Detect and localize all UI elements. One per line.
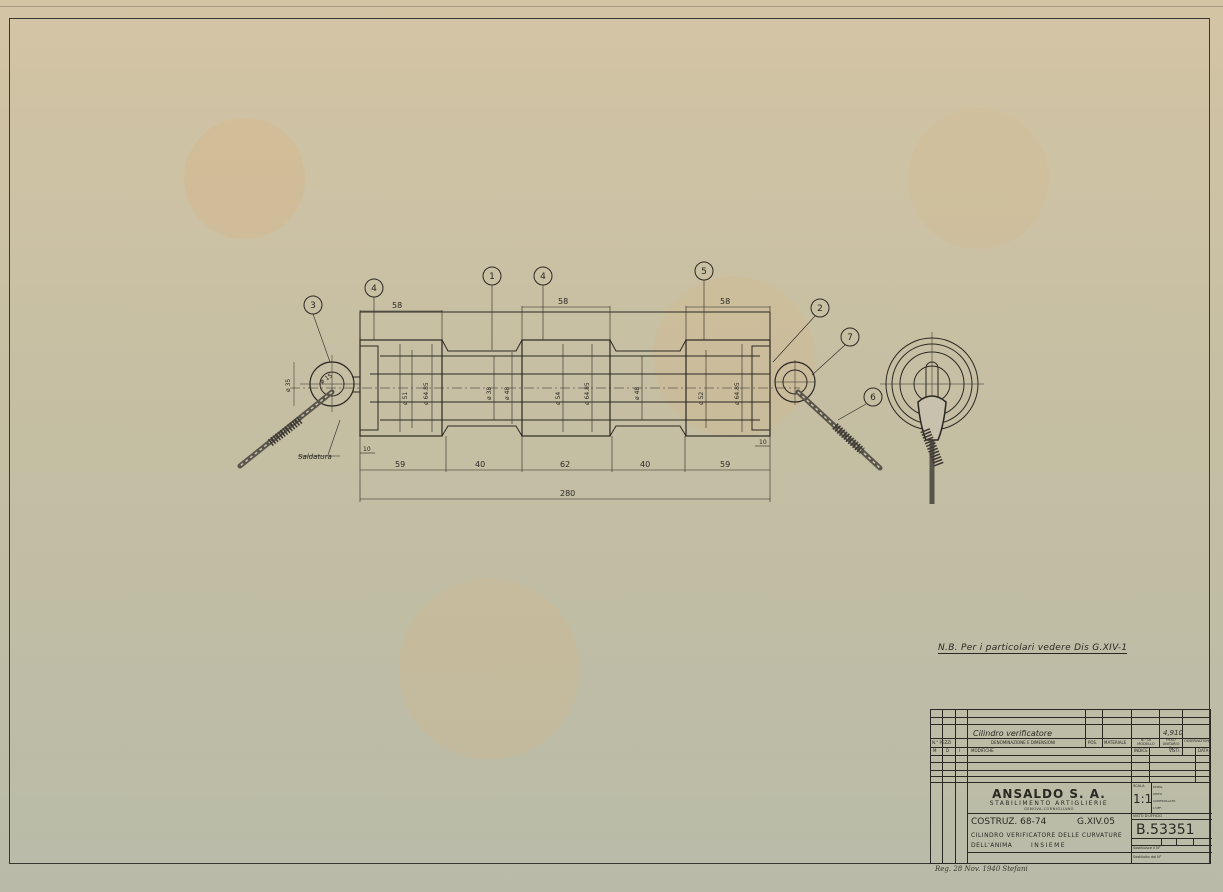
registration-signature: Reg. 28 Nov. 1940 Stefani [935,865,1028,873]
project-number: COSTRUZ. 68-74 [971,817,1046,827]
dim-top-right: 58 [720,297,730,306]
dim-bottom-62: 62 [560,460,570,469]
dim-end-right: 10 [759,439,767,446]
top-dimensions [360,306,770,340]
right-eye-ring [775,360,815,405]
mod-col-d: D [946,748,949,753]
left-eye-ring [294,355,360,412]
dim-eye-diameter: ø 35 [285,379,292,392]
balloon-6: 6 [870,393,876,403]
approval-checked: CONTROLLATO [1153,799,1175,803]
dim-bottom-40-right: 40 [640,460,650,469]
balloon-1: 1 [489,272,495,282]
header-material: MATERIALE [1104,740,1126,745]
index-label: INDICE [1134,748,1148,753]
dim-top-center: 58 [558,297,568,306]
balloon-4a: 4 [371,284,377,294]
mod-col-m: M [933,748,936,753]
dim-diameter: ø 64.85 [584,382,591,405]
balloon-2: 2 [817,304,823,314]
company-name: ANSALDO S. A. [967,787,1131,801]
weld-label: Saldatura [298,453,332,461]
balloon-3: 3 [310,301,316,311]
drawing-title-line2: DELL'ANIMA [971,842,1012,849]
dim-end-left: 10 [363,446,371,453]
dim-diameter: ø 48 [504,387,511,400]
dim-diameter: ø 64.85 [734,382,741,405]
scale-value: 1:1 [1133,792,1152,806]
dim-diameter: ø 52 [698,392,705,405]
approval-office: L'UFF. [1153,806,1162,810]
balloon-5: 5 [701,267,707,277]
header-model-no: N.° DI MODELLO [1133,738,1159,746]
details-note: N.B. Per i particolari vedere Dis G.XIV-… [938,643,1127,654]
dim-diameter: ø 38 [486,387,493,400]
header-notes: OSSERVAZIONI [1184,739,1210,743]
approval-seen: VISTO [1153,792,1162,796]
part-weight: 4,910 [1163,729,1183,737]
drawing-title-suffix: INSIEME [1031,842,1066,849]
dim-bottom-59-left: 59 [395,460,405,469]
company-location: GENOVA-CORNIGLIANO [967,807,1131,811]
dim-diameter: ø 51 [402,392,409,405]
date-label: DATA [1198,748,1208,753]
header-pos: POS. [1088,740,1097,745]
replaced-by-label: Sostituito dal N° [1133,855,1162,859]
modifications-label: MODIFICHE [971,748,994,753]
approval-drawn: DISEG. [1153,785,1163,789]
dim-diameter: ø 48 [634,387,641,400]
dim-bottom-59-right: 59 [720,460,730,469]
header-qty: N.° PEZZI [932,740,951,745]
balloon-7: 7 [847,333,853,343]
drawing-title-line1: CILINDRO VERIFICATORE DELLE CURVATURE [971,832,1122,839]
company-division: STABILIMENTO ARTIGLIERIE [967,800,1131,807]
part-description: Cilindro verificatore [973,729,1052,738]
dim-diameter: ø 54 [555,392,562,405]
drawing-ref: G.XIV.05 [1077,817,1115,827]
scale-label: SCALA [1133,784,1144,788]
dim-overall: 280 [560,489,575,498]
seen-label: VISTI [1169,748,1179,753]
drawing-number: B.53351 [1136,822,1195,838]
dim-top-left: 58 [392,301,402,310]
mod-col-i: I [959,748,960,753]
title-block: Cilindro verificatore 4,910 N.° PEZZI DE… [930,709,1211,864]
replaces-label: Sostituisce il N° [1133,846,1161,850]
dim-diameter: ø 64.85 [423,382,430,405]
header-denomination: DENOMINAZIONE E DIMENSIONI [991,740,1055,745]
right-rope [798,392,880,468]
end-view [880,332,984,504]
cylinder-body [290,312,800,436]
office-label: VISTO D'UFFICIO [1133,814,1162,818]
balloon-4b: 4 [540,272,546,282]
dim-bottom-40-left: 40 [475,460,485,469]
